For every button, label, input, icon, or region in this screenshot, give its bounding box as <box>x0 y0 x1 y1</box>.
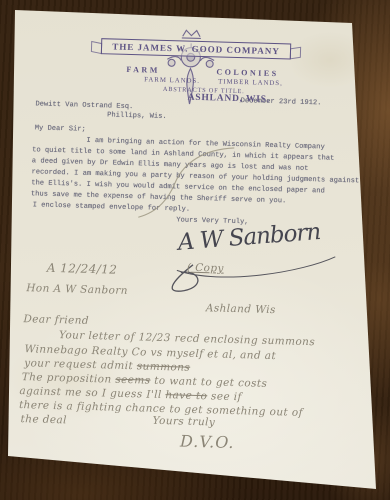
pencil-line: the deal <box>20 413 67 426</box>
photo-background: THE JAMES W. GOOD COMPANY FARM COLONIES … <box>0 0 390 500</box>
pencil-closing: Yours truly <box>152 415 215 429</box>
pencil-struck-word: seems <box>115 374 150 387</box>
pencil-docket-date: A 12/24/12 <box>47 261 118 277</box>
pencil-initials: D.V.O. <box>180 432 235 453</box>
pencil-salutation: Dear friend <box>23 313 89 327</box>
letterhead-farm-label: FARM <box>126 65 160 75</box>
letterhead-farm-lands-label: FARM LANDS. <box>144 76 200 85</box>
pencil-line-segment: see if <box>207 390 242 403</box>
letter-content: THE JAMES W. GOOD COMPANY FARM COLONIES … <box>11 12 360 499</box>
pencil-struck-word: summons <box>137 360 191 373</box>
pencil-copy-label: ( Copy <box>187 262 224 275</box>
company-name: THE JAMES W. GOOD COMPANY <box>112 41 280 56</box>
letterhead-colonies-label: COLONIES <box>216 67 278 78</box>
pencil-struck-word: have to <box>165 389 207 402</box>
pencil-place: Ashland Wis <box>206 302 276 316</box>
